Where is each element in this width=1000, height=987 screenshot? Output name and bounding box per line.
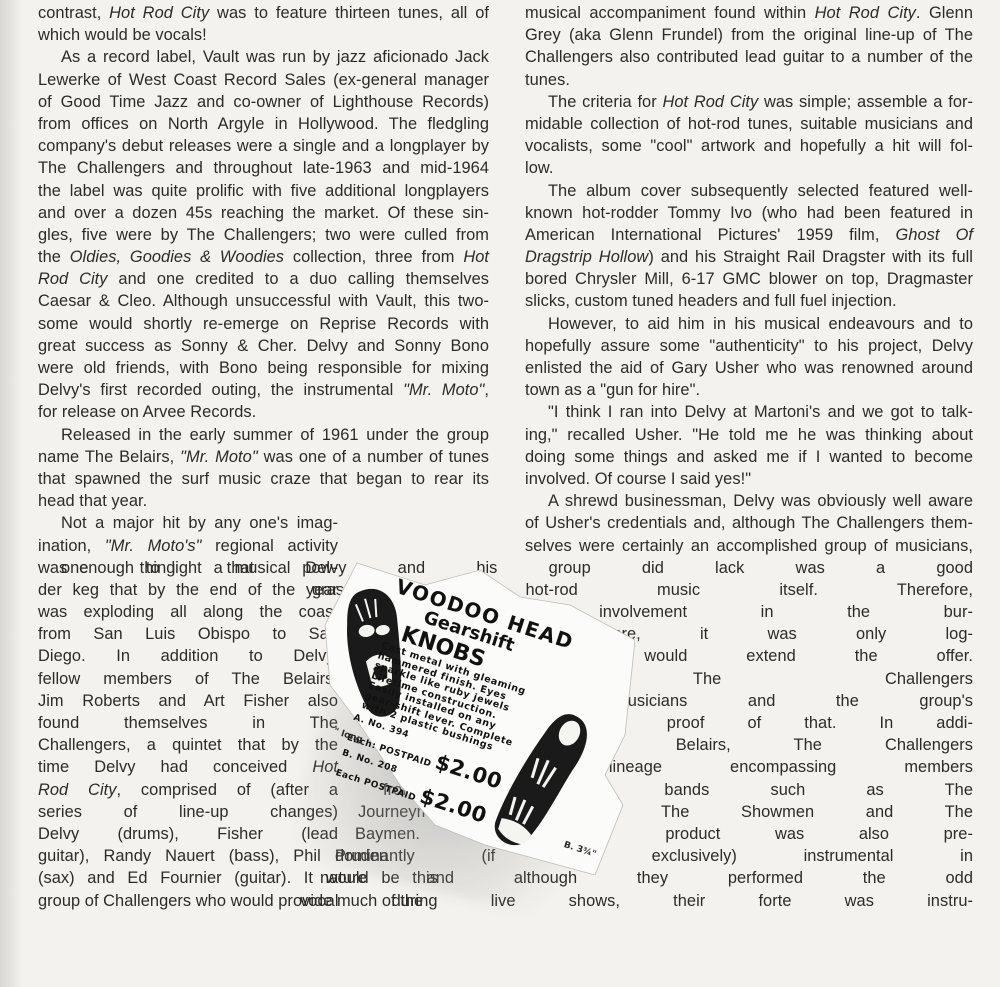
- text-line: fellow members of The Belairs,: [38, 668, 338, 690]
- text-line: series of line-up changes): [38, 801, 338, 823]
- text-run: As a record label, Vault was run by jazz…: [61, 48, 489, 66]
- text-run: The criteria for: [548, 93, 662, 111]
- text-line: which would be vocals!: [38, 24, 489, 46]
- text-run: However, to aid him in his musical endea…: [548, 315, 973, 333]
- text-line: Rod City and one credited to a duo calli…: [38, 268, 489, 290]
- text-run: low.: [525, 159, 553, 177]
- text-run: Challengers also contributed lead guitar…: [525, 48, 973, 66]
- text-run: tunes.: [525, 71, 570, 89]
- text-line: doing some things and asked me if I want…: [525, 446, 973, 468]
- text-run: involved. Of course I said yes!": [525, 470, 751, 488]
- text-line: from offices on North Argyle in Hollywoo…: [38, 113, 489, 135]
- text-line: some would shortly re-emerge on Reprise …: [38, 313, 489, 335]
- text-line: head that year.: [38, 490, 489, 512]
- text-line: A shrewd businessman, Delvy was obviousl…: [525, 490, 973, 512]
- text-run: midable collection of hot-rod tunes, sui…: [525, 115, 973, 133]
- text-run: Jim Roberts and Art Fisher also: [38, 692, 338, 710]
- text-line: Released in the early summer of 1961 und…: [38, 424, 489, 446]
- text-line: known hot-rodder Tommy Ivo (who had been…: [525, 202, 973, 224]
- text-line: slicks, custom tuned headers and full fu…: [525, 290, 973, 312]
- text-run: Grey (aka Glenn Frundel) from the origin…: [525, 26, 973, 44]
- text-run: doing some things and asked me if I want…: [525, 448, 973, 466]
- text-line: were old friends, with Bono being respon…: [38, 357, 489, 379]
- text-run: series of line-up changes): [38, 803, 338, 821]
- text-run: was exploding all along the coast: [38, 603, 338, 621]
- text-run: der keg that by the end of the year: [38, 581, 338, 599]
- text-run: were old friends, with Bono being respon…: [38, 359, 489, 377]
- text-line: name The Belairs, "Mr. Moto" was one of …: [38, 446, 489, 468]
- italic-title: Dragstrip Hollow: [525, 248, 648, 266]
- text-line: ination, "Mr. Moto's" regional activity: [38, 535, 338, 557]
- text-run: known hot-rodder Tommy Ivo (who had been…: [525, 204, 973, 222]
- italic-title: Ghost Of: [896, 226, 973, 244]
- text-line: ing," recalled Usher. "He told me he was…: [525, 424, 973, 446]
- text-line: Dragstrip Hollow) and his Straight Rail …: [525, 246, 973, 268]
- text-run: was one of a number of tunes: [258, 448, 489, 466]
- text-run: contrast,: [38, 4, 109, 22]
- text-line: for release on Arvee Records.: [38, 401, 489, 423]
- text-line: that spawned the surf music craze that b…: [38, 468, 489, 490]
- text-run: was to feature thirteen tunes, all of: [209, 4, 489, 22]
- text-line: "I think I ran into Delvy at Martoni's a…: [525, 401, 973, 423]
- text-line: the Oldies, Goodies & Woodies collection…: [38, 246, 489, 268]
- text-line: der keg that by the end of the year: [38, 579, 338, 601]
- text-run: which would be vocals!: [38, 26, 207, 44]
- text-run: gles, five were by The Challengers; two …: [38, 226, 489, 244]
- booklet-page: contrast, Hot Rod City was to feature th…: [0, 0, 1000, 987]
- text-run: and over a dozen 45s reaching the market…: [38, 204, 489, 222]
- text-line: town as a "gun for hire".: [525, 379, 973, 401]
- italic-title: Rod City: [38, 270, 108, 288]
- text-line: hopefully assure some "authenticity" to …: [525, 335, 973, 357]
- text-run: head that year.: [38, 492, 147, 510]
- text-run: of Good Time Jazz and co-owner of Lighth…: [38, 93, 489, 111]
- text-line: involved. Of course I said yes!": [525, 468, 973, 490]
- italic-title: Hot: [463, 248, 489, 266]
- text-line: bored Chrysler Mill, 6-17 GMC blower on …: [525, 268, 973, 290]
- text-run: town as a "gun for hire".: [525, 381, 700, 399]
- text-line: contrast, Hot Rod City was to feature th…: [38, 2, 489, 24]
- text-run: Not a major hit by any one's imag-: [61, 514, 338, 532]
- text-line: musical accompaniment found within Hot R…: [525, 2, 973, 24]
- text-line: Jim Roberts and Art Fisher also: [38, 690, 338, 712]
- text-line: was exploding all along the coast: [38, 601, 338, 623]
- text-run: some would shortly re-emerge on Reprise …: [38, 315, 489, 333]
- text-line: enlisted the aid of Gary Usher who was r…: [525, 357, 973, 379]
- text-run: American International Pictures' 1959 fi…: [525, 226, 896, 244]
- text-run: "I think I ran into Delvy at Martoni's a…: [548, 403, 973, 421]
- text-run: name The Belairs,: [38, 448, 180, 466]
- binding-shadow: [0, 0, 22, 987]
- text-line: The Challengers and throughout late-1963…: [38, 157, 489, 179]
- text-run: slicks, custom tuned headers and full fu…: [525, 292, 897, 310]
- text-line: company's debut releases were a single a…: [38, 135, 489, 157]
- text-run: The album cover subsequently selected fe…: [548, 182, 973, 200]
- text-run: from San Luis Obispo to San: [38, 625, 338, 643]
- italic-title: Rod City: [38, 781, 116, 799]
- text-run: The Challengers and throughout late-1963…: [38, 159, 489, 177]
- italic-title: "Mr. Moto": [180, 448, 258, 466]
- italic-title: Hot Rod City: [815, 4, 916, 22]
- text-run: Lewerke of West Coast Record Sales (ex-g…: [38, 71, 489, 89]
- text-run: from offices on North Argyle in Hollywoo…: [38, 115, 489, 133]
- text-run: collection, three from: [284, 248, 463, 266]
- text-run: found themselves in The: [38, 714, 338, 732]
- text-line: The album cover subsequently selected fe…: [525, 180, 973, 202]
- text-run: Delvy's first recorded outing, the instr…: [38, 381, 403, 399]
- text-line: found themselves in The: [38, 712, 338, 734]
- text-line: low.: [525, 157, 973, 179]
- voodoo-head-ad-clipping: VOODOO HEAD Gearshift KNOBS Cast metal w…: [305, 545, 635, 875]
- text-run: great success as Sonny & Cher. Delvy and…: [38, 337, 489, 355]
- text-line: and over a dozen 45s reaching the market…: [38, 202, 489, 224]
- italic-title: Hot Rod City: [662, 93, 758, 111]
- italic-title: Hot Rod City: [109, 4, 209, 22]
- text-run: ) and his Straight Rail Dragster with it…: [648, 248, 973, 266]
- text-line: tunes.: [525, 69, 973, 91]
- text-line: Rod City, comprised of (after a: [38, 779, 338, 801]
- text-run: . Glenn: [916, 4, 973, 22]
- text-line: Challengers also contributed lead guitar…: [525, 46, 973, 68]
- text-run: enlisted the aid of Gary Usher who was r…: [525, 359, 973, 377]
- text-line: As a record label, Vault was run by jazz…: [38, 46, 489, 68]
- text-run: ing," recalled Usher. "He told me he was…: [525, 426, 973, 444]
- text-run: company's debut releases were a single a…: [38, 137, 489, 155]
- text-run: ination,: [38, 537, 105, 555]
- text-run: time Delvy had conceived: [38, 758, 312, 776]
- text-run: the: [38, 248, 70, 266]
- text-run: was simple; assemble a for-: [758, 93, 973, 111]
- text-run: vocal during live shows, their forte was…: [300, 892, 973, 910]
- text-run: for release on Arvee Records.: [38, 403, 256, 421]
- text-line: Grey (aka Glenn Frundel) from the origin…: [525, 24, 973, 46]
- text-run: vocalists, some "cool" artwork and hopef…: [525, 137, 973, 155]
- text-line: from San Luis Obispo to San: [38, 623, 338, 645]
- text-run: Challengers, a quintet that by the: [38, 736, 338, 754]
- text-run: Diego. In addition to Delvy,: [38, 647, 338, 665]
- italic-title: Oldies, Goodies & Woodies: [70, 248, 284, 266]
- italic-title: "Mr. Moto's": [105, 537, 202, 555]
- text-line: great success as Sonny & Cher. Delvy and…: [38, 335, 489, 357]
- text-line: midable collection of hot-rod tunes, sui…: [525, 113, 973, 135]
- text-run: that spawned the surf music craze that b…: [38, 470, 489, 488]
- text-line: vocal during live shows, their forte was…: [300, 890, 973, 912]
- text-line: of Good Time Jazz and co-owner of Lighth…: [38, 91, 489, 113]
- text-run: A shrewd businessman, Delvy was obviousl…: [548, 492, 973, 510]
- text-line: However, to aid him in his musical endea…: [525, 313, 973, 335]
- text-line: Diego. In addition to Delvy,: [38, 645, 338, 667]
- text-line: gles, five were by The Challengers; two …: [38, 224, 489, 246]
- text-line: The criteria for Hot Rod City was simple…: [525, 91, 973, 113]
- text-line: Delvy's first recorded outing, the instr…: [38, 379, 489, 401]
- text-run: Caesar & Cleo. Although unsuccessful wit…: [38, 292, 489, 310]
- text-run: Released in the early summer of 1961 und…: [61, 426, 489, 444]
- text-line: vocalists, some "cool" artwork and hopef…: [525, 135, 973, 157]
- text-line: of Usher's credentials and, although The…: [525, 512, 973, 534]
- italic-title: "Mr. Moto": [403, 381, 484, 399]
- text-run: of Usher's credentials and, although The…: [525, 514, 973, 532]
- text-run: bored Chrysler Mill, 6-17 GMC blower on …: [525, 270, 973, 288]
- text-line: American International Pictures' 1959 fi…: [525, 224, 973, 246]
- text-line: Not a major hit by any one's imag-: [38, 512, 338, 534]
- text-line: the label was quite prolific with five a…: [38, 180, 489, 202]
- text-run: fellow members of The Belairs,: [38, 670, 338, 688]
- text-run: hopefully assure some "authenticity" to …: [525, 337, 973, 355]
- text-run: ,: [484, 381, 489, 399]
- text-run: the label was quite prolific with five a…: [38, 182, 489, 200]
- text-line: Lewerke of West Coast Record Sales (ex-g…: [38, 69, 489, 91]
- text-line: Caesar & Cleo. Although unsuccessful wit…: [38, 290, 489, 312]
- text-run: musical accompaniment found within: [525, 4, 815, 22]
- text-run: and one credited to a duo calling themse…: [108, 270, 489, 288]
- text-line: Challengers, a quintet that by the: [38, 734, 338, 756]
- text-line: time Delvy had conceived Hot: [38, 756, 338, 778]
